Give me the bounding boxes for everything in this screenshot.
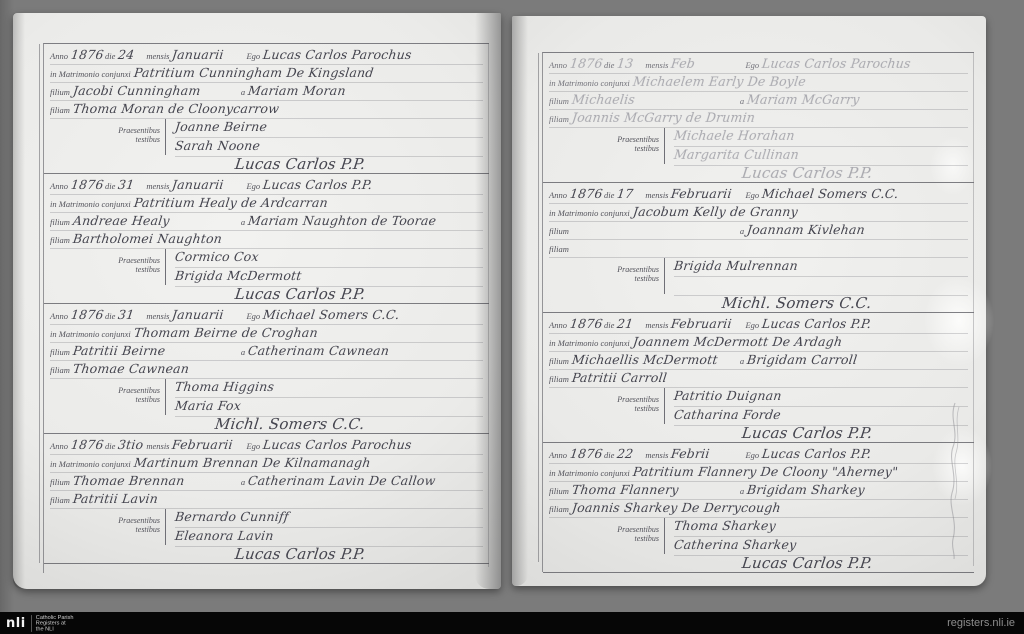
entry-bride-father: Thoma Moran de Cloonycarrow [72,101,280,117]
entry-bride: Mariam Naughton de Toorae [247,213,437,229]
entry-bride: Brigidam Carroll [746,352,858,368]
entry-signature: Lucas Carlos P.P. [741,554,874,572]
entry-spouse: Joannem McDermott De Ardagh [632,334,843,350]
entry-parents-row: filiumMichaelisaMariam McGarry [549,92,968,110]
page-left: Anno1876die24mensisJanuariiEgoLucas Carl… [13,13,501,589]
mensis-label: mensis [146,51,169,61]
entry-spouse-father: Andreae Healy [72,213,242,229]
et-label: a [241,477,245,487]
testibus-label: Praesentibustestibus [102,379,165,415]
testibus-label-line: testibus [601,534,659,543]
entry-day: 13 [616,56,646,72]
entry-spouse-row: in Matrimonio conjunxiMartinum Brennan D… [50,455,483,473]
entry-bride-father: Joannis Sharkey De Derrycough [571,500,782,516]
witnesses-block: PraesentibustestibusBernardo CunniffElea… [102,509,483,545]
testibus-label-line: Praesentibus [601,265,659,274]
anno-label: Anno [50,311,68,321]
entry-spouse-row: in Matrimonio conjunxiPatritium Healy de… [50,195,483,213]
witnesses-block: PraesentibustestibusThoma HigginsMaria F… [102,379,483,415]
filiam-label: filiam [549,504,569,514]
entry-spouse-father: Patritii Beirne [72,343,242,359]
entry-bride: Catherinam Cawnean [247,343,390,359]
entry-spouse-row: in Matrimonio conjunxiPatritium Cunningh… [50,65,483,83]
et-label: a [241,347,245,357]
footer-caption-line: Registers at [35,620,65,626]
entry-parents-row: filiumaJoannam Kivlehan [549,222,968,240]
testibus-label-line: Praesentibus [102,516,160,525]
entry-spouse: Patritium Cunningham De Kingsland [133,65,375,81]
et-label: a [740,96,744,106]
entry-spouse-father: Jacobi Cunningham [72,83,242,99]
testibus-label-line: testibus [102,525,160,534]
entry-spouse-father: Michaelis [571,92,741,108]
footer-caption-line: Catholic Parish [35,615,73,621]
footer-site: registers.nli.ie [947,617,1015,629]
entry-signature: Lucas Carlos P.P. [234,155,367,173]
witnesses-block: PraesentibustestibusPatritio DuignanCath… [601,388,968,424]
entry-month: Februarii [671,186,747,202]
entry-parents-row: filiumThomae BrennanaCatherinam Lavin De… [50,473,483,491]
entry-signature-row: Lucas Carlos P.P. [50,545,483,567]
entry-anno-row: Anno1876die17mensisFebruariiEgoMichael S… [549,186,968,204]
anno-label: Anno [549,450,567,460]
entry-year: 1876 [569,446,605,462]
testibus-label-line: Praesentibus [601,525,659,534]
entry-month: Januarii [172,307,248,323]
ego-label: Ego [246,311,260,321]
entry-anno-row: Anno1876die31mensisJanuariiEgoMichael So… [50,307,483,325]
witness-names: Patritio DuignanCatharina Forde [664,388,968,424]
testibus-label-line: testibus [601,274,659,283]
die-label: die [604,450,614,460]
conjunxi-label: in Matrimonio conjunxi [50,199,131,209]
entry-celebrant: Lucas Carlos P.P. [761,446,872,462]
ego-label: Ego [745,190,759,200]
entry-witness-2: Maria Fox [174,398,242,414]
die-label: die [604,190,614,200]
entry-witness-1: Brigida Mulrennan [673,258,799,274]
footer-caption: Catholic Parish Registers at the NLI [31,615,73,632]
conjunxi-label: in Matrimonio conjunxi [50,329,131,339]
entry-signature: Lucas Carlos P.P. [741,164,874,182]
entry-celebrant: Lucas Carlos P.P. [262,177,373,193]
testibus-label-line: testibus [102,395,160,404]
page-right: Anno1876die13mensisFebEgoLucas Carlos Pa… [512,16,986,586]
die-label: die [604,320,614,330]
entry-witness-2: Catharina Forde [673,407,782,423]
witness-row: Bernardo Cunniff [175,509,483,528]
anno-label: Anno [50,181,68,191]
entry-spouse: Jacobum Kelly de Granny [632,204,799,220]
entry-bride-father-row: filiamBartholomei Naughton [50,231,483,249]
testibus-label: Praesentibustestibus [601,128,664,164]
register-form: Anno1876die13mensisFebEgoLucas Carlos Pa… [542,52,974,572]
entry-spouse-row: in Matrimonio conjunxiThomam Beirne de C… [50,325,483,343]
filium-label: filium [549,356,569,366]
filiam-label: filiam [549,244,569,254]
anno-label: Anno [50,51,68,61]
entry-spouse: Michaelem Early De Boyle [632,74,807,90]
entry-spouse: Martinum Brennan De Kilnamanagh [133,455,372,471]
entry-witness-2: Brigida McDermott [174,268,303,284]
entry-year: 1876 [70,437,106,453]
witnesses-block: PraesentibustestibusBrigida Mulrennan [601,258,968,294]
filium-label: filium [549,96,569,106]
filium-label: filium [50,87,70,97]
entry-witness-1: Michaele Horahan [673,128,796,144]
entry-anno-row: Anno1876die22mensisFebriiEgoLucas Carlos… [549,446,968,464]
entry-witness-2: Catherina Sharkey [673,537,797,553]
et-label: a [740,226,744,236]
testibus-label: Praesentibustestibus [601,388,664,424]
entry-day: 31 [117,177,147,193]
entry-month: Febrii [671,446,747,462]
register-entry: Anno1876die31mensisJanuariiEgoLucas Carl… [44,174,489,304]
testibus-label: Praesentibustestibus [601,518,664,554]
entry-year: 1876 [569,186,605,202]
nli-logo: nli [6,616,26,631]
die-label: die [604,60,614,70]
entry-bride: Mariam Moran [247,83,347,99]
entry-signature: Lucas Carlos P.P. [741,424,874,442]
testibus-label-line: testibus [102,265,160,274]
testibus-label: Praesentibustestibus [102,249,165,285]
witness-names: Joanne BeirneSarah Noone [165,119,483,155]
anno-label: Anno [549,320,567,330]
witness-names: Cormico CoxBrigida McDermott [165,249,483,285]
entry-day: 31 [117,307,147,323]
entry-celebrant: Lucas Carlos P.P. [761,316,872,332]
entry-witness-1: Thoma Higgins [174,379,275,395]
register-entry: Anno1876die21mensisFebruariiEgoLucas Car… [543,313,974,443]
entry-year: 1876 [569,316,605,332]
entry-month: Februarii [671,316,747,332]
die-label: die [105,51,115,61]
conjunxi-label: in Matrimonio conjunxi [549,78,630,88]
witnesses-block: PraesentibustestibusCormico CoxBrigida M… [102,249,483,285]
filium-label: filium [50,477,70,487]
witness-names: Bernardo CunniffEleanora Lavin [165,509,483,545]
et-label: a [241,217,245,227]
witness-names: Michaele HorahanMargarita Cullinan [664,128,968,164]
footer-bar: nli Catholic Parish Registers at the NLI… [0,612,1024,634]
entry-spouse-row: in Matrimonio conjunxiMichaelem Early De… [549,74,968,92]
testibus-label: Praesentibustestibus [102,509,165,545]
entry-celebrant: Lucas Carlos Parochus [262,437,413,453]
mensis-label: mensis [146,311,169,321]
filiam-label: filiam [50,365,70,375]
register-entry: Anno1876die31mensisJanuariiEgoMichael So… [44,304,489,434]
entry-spouse-father: Michaellis McDermott [571,352,741,368]
entry-spouse-row: in Matrimonio conjunxiPatritium Flannery… [549,464,968,482]
testibus-label-line: Praesentibus [102,386,160,395]
entry-witness-2: Eleanora Lavin [174,528,275,544]
ego-label: Ego [745,450,759,460]
register-entry: Anno1876die22mensisFebriiEgoLucas Carlos… [543,443,974,573]
entry-spouse-father: Thoma Flannery [571,482,741,498]
entry-month: Februarii [172,437,248,453]
conjunxi-label: in Matrimonio conjunxi [50,69,131,79]
register-entry: Anno1876die17mensisFebruariiEgoMichael S… [543,183,974,313]
entry-year: 1876 [70,177,106,193]
filiam-label: filiam [549,114,569,124]
mensis-label: mensis [645,320,668,330]
witness-row: Thoma Higgins [175,379,483,398]
et-label: a [241,87,245,97]
entry-day: 3tio [117,437,147,453]
entry-parents-row: filiumAndreae HealyaMariam Naughton de T… [50,213,483,231]
conjunxi-label: in Matrimonio conjunxi [549,338,630,348]
entry-parents-row: filiumPatritii BeirneaCatherinam Cawnean [50,343,483,361]
ego-label: Ego [246,441,260,451]
die-label: die [105,311,115,321]
entry-day: 21 [616,316,646,332]
witness-row: Thoma Sharkey [674,518,968,537]
filium-label: filium [549,226,569,236]
entry-year: 1876 [569,56,605,72]
entry-spouse-row: in Matrimonio conjunxiJoannem McDermott … [549,334,968,352]
mensis-label: mensis [645,450,668,460]
witness-names: Thoma HigginsMaria Fox [165,379,483,415]
entry-witness-1: Bernardo Cunniff [174,509,290,525]
ego-label: Ego [745,60,759,70]
ego-label: Ego [246,51,260,61]
ego-label: Ego [246,181,260,191]
testibus-label-line: testibus [601,144,659,153]
entry-celebrant: Michael Somers C.C. [761,186,899,202]
entry-witness-1: Cormico Cox [174,249,260,265]
entry-witness-1: Thoma Sharkey [673,518,777,534]
entry-year: 1876 [70,307,106,323]
witness-row: Cormico Cox [175,249,483,268]
entry-anno-row: Anno1876die3tiomensisFebruariiEgoLucas C… [50,437,483,455]
witness-row: Patritio Duignan [674,388,968,407]
entry-parents-row: filiumJacobi CunninghamaMariam Moran [50,83,483,101]
entry-spouse: Patritium Flannery De Cloony "Aherney" [632,464,899,480]
entry-celebrant: Michael Somers C.C. [262,307,400,323]
testibus-label-line: Praesentibus [102,126,160,135]
entry-witness-1: Patritio Duignan [673,388,783,404]
entry-day: 17 [616,186,646,202]
entry-signature: Lucas Carlos P.P. [234,285,367,303]
entry-signature: Michl. Somers C.C. [214,415,366,433]
filiam-label: filiam [50,235,70,245]
entry-bride-father: Thomae Cawnean [72,361,190,377]
entry-bride-father: Bartholomei Naughton [72,231,223,247]
entry-celebrant: Lucas Carlos Parochus [262,47,413,63]
entry-bride-father-row: filiamJoannis Sharkey De Derrycough [549,500,968,518]
register-entry: Anno1876die3tiomensisFebruariiEgoLucas C… [44,434,489,564]
mensis-label: mensis [645,60,668,70]
filiam-label: filiam [50,105,70,115]
witnesses-block: PraesentibustestibusJoanne BeirneSarah N… [102,119,483,155]
footer-caption-line: the NLI [35,626,53,632]
mensis-label: mensis [146,441,169,451]
entry-bride-father-row: filiam [549,240,968,258]
witness-row: Brigida Mulrennan [674,258,968,277]
entry-parents-row: filiumThoma FlanneryaBrigidam Sharkey [549,482,968,500]
witness-row: Joanne Beirne [175,119,483,138]
anno-label: Anno [549,190,567,200]
entry-bride-father-row: filiamPatritii Carroll [549,370,968,388]
entry-month: Feb [671,56,747,72]
entry-signature: Lucas Carlos P.P. [234,545,367,563]
mensis-label: mensis [146,181,169,191]
witnesses-block: PraesentibustestibusMichaele HorahanMarg… [601,128,968,164]
entry-celebrant: Lucas Carlos Parochus [761,56,912,72]
entry-anno-row: Anno1876die13mensisFebEgoLucas Carlos Pa… [549,56,968,74]
entry-month: Januarii [172,177,248,193]
filium-label: filium [50,217,70,227]
entry-bride-father-row: filiamThoma Moran de Cloonycarrow [50,101,483,119]
entry-bride: Joannam Kivlehan [746,222,866,238]
filium-label: filium [50,347,70,357]
testibus-label: Praesentibustestibus [601,258,664,294]
entry-parents-row: filiumMichaellis McDermottaBrigidam Carr… [549,352,968,370]
entry-bride-father: Patritii Lavin [72,491,159,507]
entry-spouse-father: Thomae Brennan [72,473,242,489]
testibus-label: Praesentibustestibus [102,119,165,155]
filiam-label: filiam [50,495,70,505]
witness-row: Michaele Horahan [674,128,968,147]
entry-signature-row: Lucas Carlos P.P. [549,554,968,576]
entry-day: 22 [616,446,646,462]
entry-bride-father-row: filiamThomae Cawnean [50,361,483,379]
die-label: die [105,441,115,451]
register-scan: Anno1876die24mensisJanuariiEgoLucas Carl… [0,0,1024,634]
filiam-label: filiam [549,374,569,384]
entry-spouse: Patritium Healy de Ardcarran [133,195,329,211]
entry-bride-father: Patritii Carroll [571,370,668,386]
entry-bride: Mariam McGarry [746,92,861,108]
entry-spouse-row: in Matrimonio conjunxiJacobum Kelly de G… [549,204,968,222]
margin-scribble [946,401,962,561]
conjunxi-label: in Matrimonio conjunxi [50,459,131,469]
witnesses-block: PraesentibustestibusThoma SharkeyCatheri… [601,518,968,554]
testibus-label-line: testibus [601,404,659,413]
register-entry: Anno1876die13mensisFebEgoLucas Carlos Pa… [543,53,974,183]
entry-day: 24 [117,47,147,63]
et-label: a [740,486,744,496]
entry-bride: Brigidam Sharkey [746,482,866,498]
anno-label: Anno [549,60,567,70]
entry-anno-row: Anno1876die21mensisFebruariiEgoLucas Car… [549,316,968,334]
register-form: Anno1876die24mensisJanuariiEgoLucas Carl… [43,43,489,573]
anno-label: Anno [50,441,68,451]
entry-month: Januarii [172,47,248,63]
conjunxi-label: in Matrimonio conjunxi [549,468,630,478]
witness-names: Brigida Mulrennan [664,258,968,294]
entry-bride: Catherinam Lavin De Callow [247,473,436,489]
entry-bride-father-row: filiamJoannis McGarry de Drumin [549,110,968,128]
entry-witness-1: Joanne Beirne [174,119,268,135]
witness-names: Thoma SharkeyCatherina Sharkey [664,518,968,554]
entry-witness-2: Margarita Cullinan [673,147,800,163]
entry-spouse: Thomam Beirne de Croghan [133,325,319,341]
testibus-label-line: Praesentibus [102,256,160,265]
entry-year: 1876 [70,47,106,63]
entry-anno-row: Anno1876die24mensisJanuariiEgoLucas Carl… [50,47,483,65]
testibus-label-line: Praesentibus [601,135,659,144]
ego-label: Ego [745,320,759,330]
register-entry: Anno1876die24mensisJanuariiEgoLucas Carl… [44,44,489,174]
die-label: die [105,181,115,191]
et-label: a [740,356,744,366]
entry-signature: Michl. Somers C.C. [721,294,873,312]
entry-bride-father: Joannis McGarry de Drumin [571,110,756,126]
conjunxi-label: in Matrimonio conjunxi [549,208,630,218]
filium-label: filium [549,486,569,496]
entry-anno-row: Anno1876die31mensisJanuariiEgoLucas Carl… [50,177,483,195]
testibus-label-line: testibus [102,135,160,144]
entry-bride-father-row: filiamPatritii Lavin [50,491,483,509]
mensis-label: mensis [645,190,668,200]
testibus-label-line: Praesentibus [601,395,659,404]
entry-witness-2: Sarah Noone [174,138,261,154]
